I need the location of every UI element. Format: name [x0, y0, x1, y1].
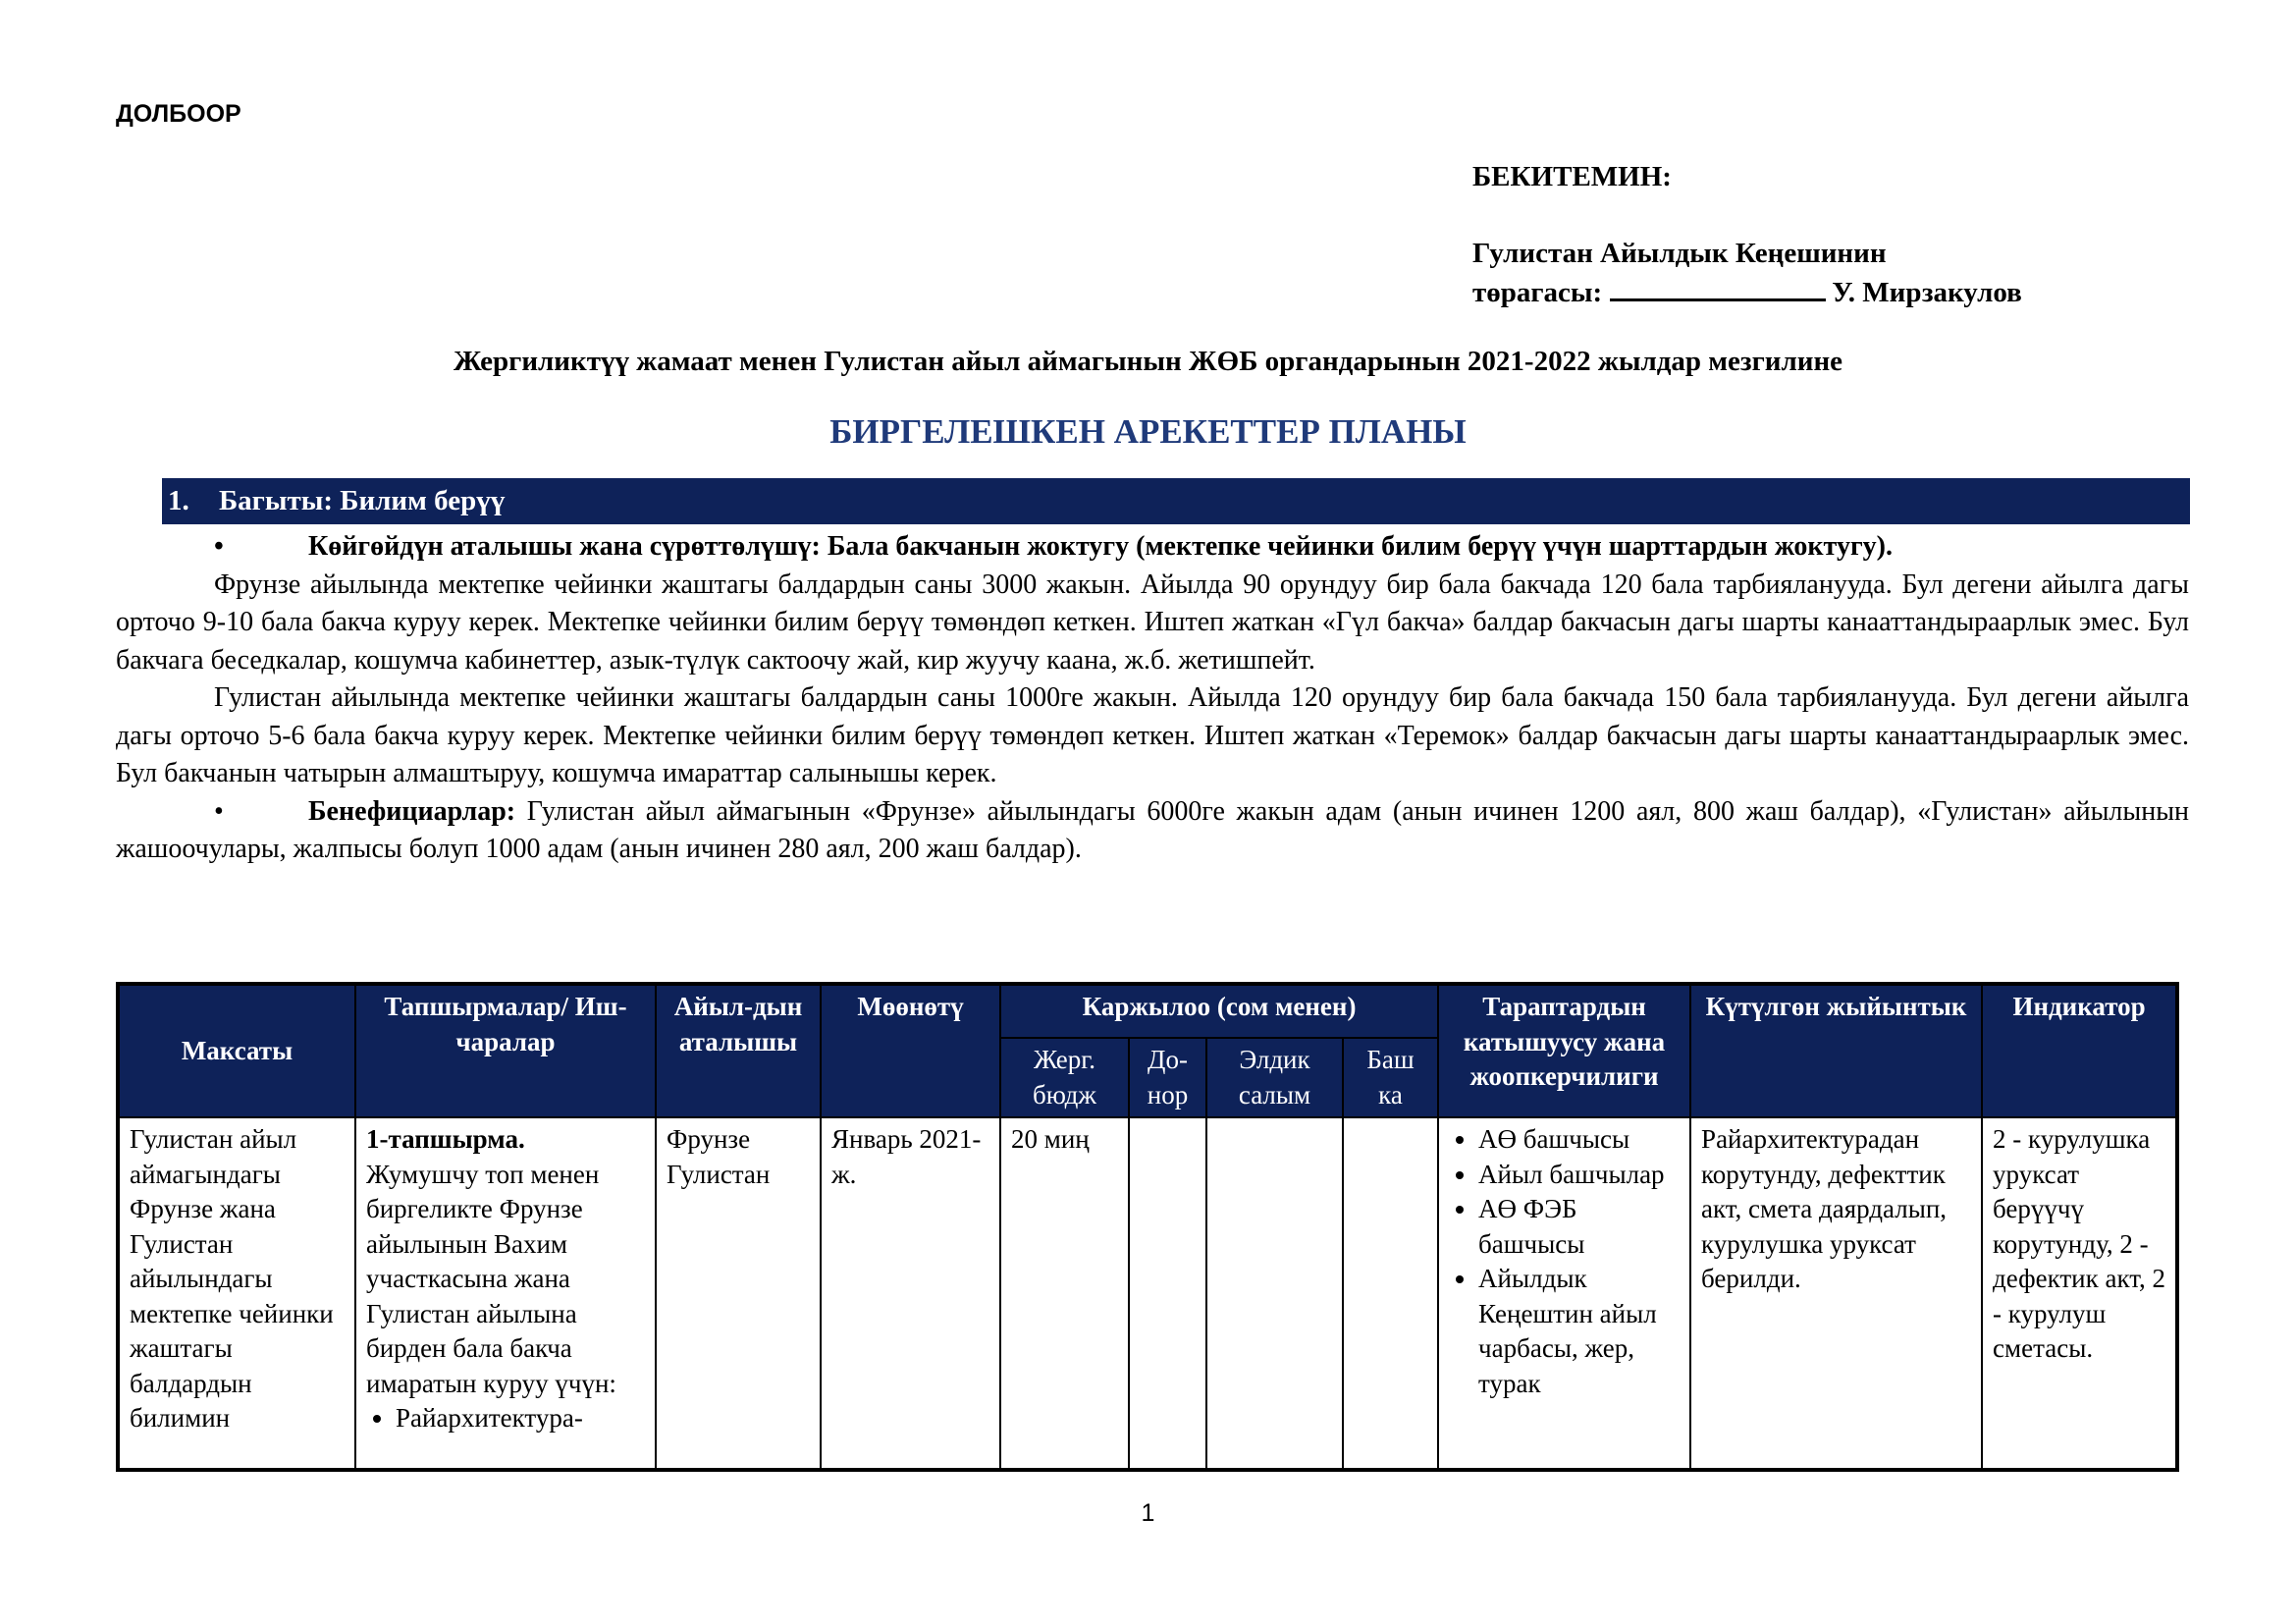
approve-signature-line: төрагасы:У. Мирзакулов [1472, 273, 2022, 312]
cell-result: Райархитектурадан корутунду, дефекттик а… [1690, 1117, 1982, 1470]
cell-fin-public [1206, 1117, 1343, 1470]
task-text: Жумушчу топ менен биргеликте Фрунзе айыл… [366, 1160, 616, 1398]
cell-goal: Гулистан айыл аймагындагы Фрунзе жана Гу… [118, 1117, 355, 1470]
problem-paragraph-frunze: Фрунзе айылында мектепке чейинки жаштагы… [116, 567, 2189, 680]
cell-parties: АӨ башчысы Айыл башчылар АӨ ФЭБ башчысы … [1438, 1117, 1690, 1470]
problem-paragraph-gulistan: Гулистан айылында мектепке чейинки жашта… [116, 679, 2189, 793]
header-deadline: Мөөнөтү [821, 984, 1000, 1117]
problem-heading: •Көйгөйдүн аталышы жана сүрөттөлүшү: Бал… [116, 528, 2189, 567]
approve-title: БЕКИТЕМИН: [1472, 157, 2022, 196]
table-row: Гулистан айыл аймагындагы Фрунзе жана Гу… [118, 1117, 2177, 1470]
cell-fin-other [1343, 1117, 1438, 1470]
cell-tasks: 1-тапшырма. Жумушчу топ менен биргеликте… [355, 1117, 656, 1470]
header-parties: Тараптардын катышуусу жана жоопкерчилиги [1438, 984, 1690, 1117]
document-title: БИРГЕЛЕШКЕН АРЕКЕТТЕР ПЛАНЫ [0, 412, 2296, 452]
document-subtitle: Жергиликтүү жамаат менен Гулистан айыл а… [0, 346, 2296, 378]
header-financing: Каржылоо (сом менен) [1000, 984, 1438, 1038]
bullet-icon: • [116, 793, 214, 832]
header-indicator: Индикатор [1982, 984, 2177, 1117]
draft-label: ДОЛБООР [116, 100, 241, 129]
header-tasks: Тапшырмалар/ Иш-чаралар [355, 984, 656, 1117]
task-bullet: Райархитектура- [396, 1401, 645, 1436]
party-item: АӨ башчысы [1478, 1122, 1680, 1158]
beneficiaries-paragraph: •Бенефициарлар: Гулистан айыл аймагынын … [116, 793, 2189, 869]
party-item: Айыл башчылар [1478, 1158, 1680, 1193]
approve-position: төрагасы: [1472, 277, 1602, 308]
task-bullets: Райархитектура- [366, 1401, 645, 1436]
cell-fin-local: 20 миң [1000, 1117, 1129, 1470]
header-village: Айыл-дын аталышы [656, 984, 821, 1117]
header-result: Күтүлгөн жыйынтык [1690, 984, 1982, 1117]
cell-village: Фрунзе Гулистан [656, 1117, 821, 1470]
direction-number: 1. [168, 478, 219, 524]
direction-heading: 1.Багыты: Билим берүү [162, 478, 2190, 524]
signature-blank [1610, 273, 1826, 301]
task-title: 1-тапшырма. [366, 1124, 525, 1154]
beneficiaries-label: Бенефициарлар: [308, 796, 515, 827]
party-item: АӨ ФЭБ башчысы [1478, 1192, 1680, 1262]
approve-name: У. Мирзакулов [1832, 277, 2022, 308]
direction-label: Багыты: Билим берүү [219, 485, 505, 516]
party-item: Айылдык Кеңештин айыл чарбасы, жер, тура… [1478, 1262, 1680, 1401]
header-fin-local: Жерг. бюдж [1000, 1038, 1129, 1117]
approve-org: Гулистан Айылдык Кеңешинин [1472, 234, 2022, 273]
header-fin-public: Элдик салым [1206, 1038, 1343, 1117]
cell-deadline: Январь 2021-ж. [821, 1117, 1000, 1470]
page-number: 1 [0, 1499, 2296, 1528]
bullet-icon: • [116, 528, 214, 567]
header-fin-other: Баш ка [1343, 1038, 1438, 1117]
action-plan-table: Максаты Тапшырмалар/ Иш-чаралар Айыл-дын… [116, 982, 2179, 1472]
parties-list: АӨ башчысы Айыл башчылар АӨ ФЭБ башчысы … [1449, 1122, 1680, 1401]
header-goal: Максаты [118, 984, 355, 1117]
cell-fin-donor [1129, 1117, 1206, 1470]
header-fin-donor: До-нор [1129, 1038, 1206, 1117]
approval-block: БЕКИТЕМИН: Гулистан Айылдык Кеңешинин тө… [1472, 157, 2022, 312]
cell-indicator: 2 - курулушка уруксат берүүчү корутунду,… [1982, 1117, 2177, 1470]
problem-section: •Көйгөйдүн аталышы жана сүрөттөлүшү: Бал… [116, 528, 2189, 869]
